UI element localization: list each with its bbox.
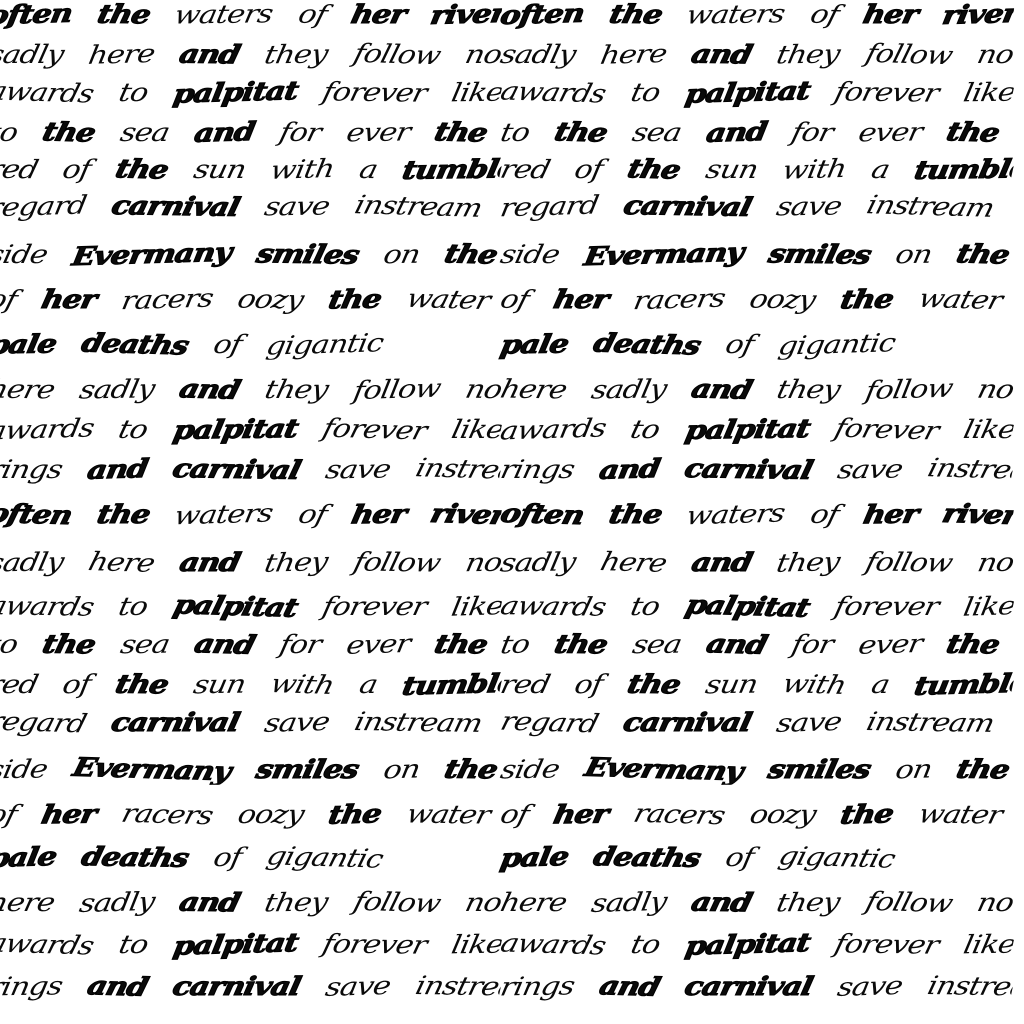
handwritten-word: forever [831, 930, 941, 960]
handwritten-word: they [774, 888, 842, 918]
handwritten-word: rings [0, 972, 65, 1002]
handwritten-word: and [597, 455, 662, 485]
handwritten-line: heresadlyandtheyfollownotheresadlyandthe… [0, 375, 1024, 418]
handwritten-word: here [0, 375, 57, 405]
handwritten-word: a [357, 670, 380, 700]
handwritten-word: of [573, 670, 605, 700]
handwritten-word: her [551, 285, 611, 315]
pattern-tile: oftenthewatersofherrivernowasoften [0, 500, 504, 530]
handwritten-word: smiles [253, 240, 361, 270]
pattern-tile: totheseaandforevertheboat [498, 630, 1016, 660]
handwritten-word: they [775, 548, 843, 578]
handwritten-word: ever [344, 630, 412, 660]
handwritten-word: instream [925, 972, 1016, 1002]
handwritten-word: save [262, 708, 331, 738]
handwritten-word: often [498, 500, 587, 530]
handwritten-word: sun [191, 155, 248, 185]
handwritten-word: the [39, 118, 98, 148]
handwritten-word: forever [319, 415, 429, 445]
handwritten-word: follow [862, 548, 955, 578]
handwritten-word: side [0, 755, 50, 785]
handwritten-word: sadly [0, 40, 66, 70]
handwritten-word: waters [172, 500, 275, 530]
pattern-tile: ringsandcarnivalsaveinstreambed [498, 972, 1016, 1002]
handwritten-word: awards [0, 592, 97, 622]
pattern-tile: sideEvermanysmilesontheother [0, 755, 504, 785]
handwritten-word: oozy [235, 285, 307, 315]
handwritten-word: pale [498, 843, 570, 873]
handwritten-word: with [780, 670, 850, 700]
handwritten-word: follow [862, 888, 955, 918]
handwritten-word: forever [831, 78, 941, 108]
handwritten-word: with [268, 670, 338, 700]
handwritten-word: here [0, 888, 57, 918]
handwritten-word: deaths [590, 330, 703, 360]
pattern-tile: sideEvermanysmilesontheother [498, 755, 1016, 785]
handwritten-line: awardstopalpitatforeverlikeawardstopalpi… [0, 592, 1024, 635]
handwritten-word: tumbler [400, 155, 504, 185]
pattern-tile: ringsandcarnivalsaveinstreambed [0, 972, 504, 1002]
handwritten-line: awardstopalpitatforeverlikeawardstopalpi… [0, 415, 1024, 458]
handwritten-word: to [628, 930, 662, 960]
handwritten-word: of [498, 800, 532, 830]
handwritten-word: and [176, 375, 242, 405]
handwritten-word: deaths [590, 843, 703, 873]
handwritten-word: forever [320, 592, 430, 622]
handwritten-word: the [113, 155, 172, 185]
handwritten-word: to [116, 415, 151, 445]
handwritten-word: river [940, 500, 1016, 530]
handwritten-word: and [703, 630, 769, 660]
handwritten-word: racers [119, 285, 215, 315]
handwritten-word: sadly [77, 888, 157, 918]
handwritten-line: oftenthewatersofherrivernowasoftenoftent… [0, 500, 1024, 543]
handwritten-word: of [498, 285, 532, 315]
handwritten-word: tumbler [912, 670, 1016, 700]
handwritten-word: racers [630, 800, 727, 830]
handwritten-word: they [262, 40, 330, 70]
handwritten-word: to [628, 592, 662, 622]
handwritten-word: and [689, 548, 755, 578]
handwritten-word: the [944, 118, 1003, 148]
handwritten-word: not [975, 548, 1016, 578]
pattern-tile: redofthesunwithatumbler [498, 670, 1016, 700]
handwritten-word: the [944, 630, 1003, 660]
handwritten-word: sadly [77, 375, 157, 405]
handwritten-word: and [689, 40, 755, 70]
handwritten-word: forever [319, 78, 429, 108]
pattern-tile: sideEvermanysmilesontheother [498, 240, 1016, 270]
pattern-tile: regardcarnivalsaveinstreambed [0, 192, 504, 222]
handwritten-word: her [349, 500, 409, 530]
pattern-tile: awardstopalpitatforeverlike [0, 592, 504, 622]
handwritten-word: the [40, 630, 99, 660]
handwritten-word: to [628, 78, 662, 108]
handwritten-word: palpitat [170, 930, 299, 960]
handwritten-word: the [606, 500, 664, 530]
handwritten-word: and [177, 40, 243, 70]
handwritten-word: the [838, 285, 896, 315]
handwritten-word: pale [0, 330, 59, 360]
handwritten-word: instream [925, 455, 1016, 485]
handwritten-word: rings [0, 455, 65, 485]
handwritten-line: redofthesunwithatumblerredofthesunwithat… [0, 670, 1024, 713]
handwritten-word: a [356, 155, 380, 185]
handwritten-word: and [689, 888, 755, 918]
handwritten-word: the [432, 118, 491, 148]
pattern-tile: ringsandcarnivalsaveinstreambed [0, 455, 504, 485]
handwritten-word: and [688, 375, 754, 405]
handwritten-word: carnival [620, 192, 754, 222]
handwritten-word: a [868, 155, 892, 185]
pattern-tile: totheseaandforevertheboat [0, 630, 504, 660]
handwritten-word: her [551, 800, 611, 830]
handwritten-word: palpitat [682, 592, 812, 622]
handwritten-word: awards [498, 415, 608, 445]
handwritten-word: like [449, 592, 504, 622]
handwritten-word: they [262, 375, 330, 405]
handwritten-word: here [85, 548, 157, 578]
handwritten-word: and [177, 548, 243, 578]
handwritten-word: with [268, 155, 336, 185]
pattern-tile: redofthesunwithatumbler [0, 155, 504, 185]
handwritten-word: here [86, 40, 157, 70]
handwritten-word: the [94, 500, 152, 530]
handwritten-word: palpitat [170, 415, 299, 445]
handwritten-line: ringsandcarnivalsaveinstreambedringsandc… [0, 455, 1024, 498]
handwritten-word: sea [118, 630, 172, 660]
pattern-tile: heresadlyandtheyfollownot [0, 375, 504, 405]
handwritten-word: river [429, 0, 504, 30]
handwritten-word: save [323, 972, 392, 1002]
handwritten-word: her [39, 800, 99, 830]
handwritten-word: like [449, 930, 504, 960]
handwritten-word: of [807, 500, 841, 530]
handwritten-word: oozy [747, 285, 819, 315]
handwritten-word: Evermany [582, 755, 746, 785]
handwritten-word: of [723, 330, 756, 360]
handwritten-word: awards [498, 78, 609, 108]
pattern-tile: sadlyhereandtheyfollownot [0, 40, 504, 70]
handwritten-word: sun [191, 670, 248, 700]
handwritten-word: to [628, 415, 663, 445]
handwritten-word: here [597, 548, 669, 578]
handwritten-word: save [774, 192, 844, 222]
handwritten-word: the [442, 240, 501, 270]
handwritten-word: tumbler [912, 155, 1016, 185]
handwritten-word: oozy [747, 800, 818, 830]
handwritten-line: heresadlyandtheyfollownotheresadlyandthe… [0, 888, 1024, 931]
pattern-tile: awardstopalpitatforeverlike [0, 78, 504, 108]
handwritten-word: follow [863, 375, 955, 405]
handwritten-word: of [295, 0, 330, 30]
handwritten-word: not [974, 888, 1016, 918]
handwritten-word: sun [703, 670, 760, 700]
handwritten-word: water [915, 285, 1005, 315]
handwritten-word: follow [350, 40, 443, 70]
handwritten-line: sadlyhereandtheyfollownotsadlyhereandthe… [0, 40, 1024, 83]
handwritten-word: to [498, 630, 531, 660]
handwritten-word: her [860, 0, 920, 30]
handwritten-word: for [789, 630, 836, 660]
handwritten-word: on [893, 240, 934, 270]
handwritten-word: palpitat [682, 930, 811, 960]
handwritten-word: the [442, 755, 501, 785]
handwritten-word: the [954, 755, 1013, 785]
pattern-tile: regardcarnivalsaveinstreambed [498, 192, 1016, 222]
handwritten-word: save [323, 455, 393, 485]
handwritten-word: to [0, 118, 20, 148]
handwritten-word: they [262, 888, 330, 918]
handwritten-word: of [723, 843, 756, 873]
handwritten-word: the [94, 0, 153, 30]
handwritten-word: like [961, 415, 1016, 445]
pattern-tile: sideEvermanysmilesontheother [0, 240, 504, 270]
handwritten-word: side [498, 240, 562, 270]
handwritten-word: sea [630, 118, 684, 148]
handwritten-word: smiles [253, 755, 361, 785]
handwritten-word: regard [0, 708, 89, 738]
handwritten-word: the [113, 670, 172, 700]
handwritten-word: save [835, 972, 904, 1002]
handwritten-word: her [348, 0, 408, 30]
pattern-tile: paledeathsofgigantic [498, 843, 1016, 873]
handwritten-word: with [780, 155, 848, 185]
handwritten-word: sadly [498, 40, 578, 70]
pattern-tile: totheseaandforevertheboat [498, 118, 1016, 148]
handwritten-word: follow [350, 888, 443, 918]
handwritten-word: awards [0, 930, 97, 960]
pattern-tile: awardstopalpitatforeverlike [0, 415, 504, 445]
handwritten-word: the [432, 630, 491, 660]
handwritten-word: pale [0, 843, 58, 873]
handwritten-word: sadly [498, 548, 578, 578]
handwritten-word: and [704, 118, 769, 148]
handwritten-word: palpitat [682, 78, 811, 108]
handwritten-word: side [498, 755, 562, 785]
handwritten-word: instream [413, 455, 504, 485]
handwritten-word: ever [344, 118, 413, 148]
handwritten-word: they [263, 548, 331, 578]
handwritten-line: regardcarnivalsaveinstreambedregardcarni… [0, 708, 1024, 751]
handwritten-word: rings [498, 972, 577, 1002]
pattern-tile: awardstopalpitatforeverlike [498, 415, 1016, 445]
handwritten-word: Evermany [70, 755, 234, 785]
handwritten-word: carnival [682, 972, 815, 1002]
handwritten-line: regardcarnivalsaveinstreambedregardcarni… [0, 192, 1024, 235]
handwritten-word: regard [498, 192, 600, 222]
handwritten-word: of [60, 155, 93, 185]
handwritten-line: paledeathsofgiganticpaledeathsofgigantic [0, 330, 1024, 373]
handwritten-word: here [598, 40, 669, 70]
handwritten-word: follow [351, 375, 443, 405]
handwritten-word: deaths [78, 330, 191, 360]
handwritten-word: of [572, 155, 605, 185]
handwritten-word: Evermany [582, 240, 746, 270]
handwritten-line: sideEvermanysmilesontheothersideEvermany… [0, 755, 1024, 798]
handwritten-word: save [835, 455, 905, 485]
handwritten-word: instream [863, 192, 996, 222]
pattern-tile: paledeathsofgigantic [0, 843, 504, 873]
handwritten-word: to [116, 930, 150, 960]
pattern-tile: paledeathsofgigantic [498, 330, 1016, 360]
pattern-tile: heresadlyandtheyfollownot [0, 888, 504, 918]
handwritten-word: the [606, 0, 665, 30]
pattern-tile: ofherracersoozythewaterrings, [0, 285, 504, 315]
handwritten-word: her [861, 500, 921, 530]
handwritten-word: and [85, 455, 150, 485]
handwritten-word: to [0, 630, 20, 660]
handwritten-word: follow [350, 548, 443, 578]
handwritten-word: not [974, 40, 1016, 70]
handwritten-word: carnival [108, 708, 241, 738]
handwritten-word: sea [630, 630, 684, 660]
handwritten-word: rings [498, 455, 577, 485]
handwritten-word: waters [172, 0, 275, 30]
handwritten-word: like [961, 78, 1016, 108]
handwritten-word: and [177, 888, 243, 918]
handwritten-word: sadly [589, 375, 669, 405]
handwritten-line: totheseaandforevertheboattotheseaandfore… [0, 630, 1024, 673]
handwritten-word: often [0, 0, 74, 30]
pattern-tile: awardstopalpitatforeverlike [0, 930, 504, 960]
pattern-tile: ofherracersoozythewaterrings, [0, 800, 504, 830]
handwritten-word: tumbler [400, 670, 504, 700]
handwritten-word: of [211, 843, 244, 873]
handwritten-word: and [84, 972, 150, 1002]
pattern-tile: oftenthewatersofherrivernowasoften [498, 500, 1016, 530]
handwritten-word: palpitat [682, 415, 811, 445]
handwritten-word: awards [0, 78, 97, 108]
handwritten-word: the [326, 285, 384, 315]
pattern-tile: regardcarnivalsaveinstreambed [0, 708, 504, 738]
handwritten-word: to [116, 592, 150, 622]
handwritten-word: for [277, 118, 324, 148]
handwritten-word: red [498, 670, 553, 700]
handwritten-word: here [498, 375, 570, 405]
handwritten-word: of [61, 670, 93, 700]
pattern-tile: sadlyhereandtheyfollownot [498, 40, 1016, 70]
handwritten-line: awardstopalpitatforeverlikeawardstopalpi… [0, 78, 1024, 121]
handwritten-word: carnival [108, 192, 242, 222]
handwritten-word: carnival [682, 455, 816, 485]
handwritten-word: often [498, 0, 586, 30]
handwritten-word: carnival [620, 708, 753, 738]
handwritten-line: ringsandcarnivalsaveinstreambedringsandc… [0, 972, 1024, 1015]
handwritten-word: the [625, 670, 684, 700]
handwritten-word: to [498, 118, 532, 148]
handwritten-word: they [774, 375, 842, 405]
handwritten-word: of [0, 800, 19, 830]
handwritten-word: gigantic [264, 843, 386, 873]
handwritten-word: and [191, 630, 257, 660]
handwritten-word: regard [498, 708, 601, 738]
handwritten-word: palpitat [170, 592, 300, 622]
handwritten-word: water [916, 800, 1005, 830]
handwritten-word: sun [703, 155, 760, 185]
handwritten-word: like [449, 78, 504, 108]
handwriting-pattern: oftenthewatersofherrivernowasoftenoftent… [0, 0, 1024, 1024]
handwritten-word: of [0, 285, 20, 315]
handwritten-word: instream [351, 708, 484, 738]
handwritten-word: deaths [78, 843, 191, 873]
handwritten-word: instream [413, 972, 504, 1002]
handwritten-word: smiles [765, 240, 873, 270]
pattern-tile: heresadlyandtheyfollownot [498, 375, 1016, 405]
pattern-tile: ofherracersoozythewaterrings, [498, 285, 1016, 315]
handwritten-word: and [596, 972, 662, 1002]
handwritten-word: instream [351, 192, 484, 222]
handwritten-word: ever [856, 118, 925, 148]
handwritten-word: on [381, 240, 422, 270]
handwritten-word: side [0, 240, 50, 270]
pattern-tile: awardstopalpitatforeverlike [498, 592, 1016, 622]
handwritten-word: forever [319, 930, 429, 960]
handwritten-word: gigantic [776, 330, 897, 360]
pattern-tile: sadlyhereandtheyfollownot [0, 548, 504, 578]
handwritten-word: the [552, 630, 611, 660]
handwritten-word: save [774, 708, 843, 738]
handwritten-word: often [0, 500, 75, 530]
handwritten-word: awards [498, 592, 609, 622]
handwritten-word: awards [498, 930, 609, 960]
handwritten-word: the [551, 118, 610, 148]
handwritten-word: smiles [765, 755, 873, 785]
handwritten-word: the [625, 155, 684, 185]
handwritten-word: and [192, 118, 257, 148]
handwritten-word: save [262, 192, 332, 222]
handwritten-word: river [428, 500, 504, 530]
handwritten-word: red [0, 670, 40, 700]
handwritten-word: awards [0, 415, 96, 445]
handwritten-word: like [449, 415, 504, 445]
pattern-tile: heresadlyandtheyfollownot [498, 888, 1016, 918]
handwritten-word: on [381, 755, 422, 785]
pattern-tile: ofherracersoozythewaterrings, [498, 800, 1016, 830]
handwritten-line: ofherracersoozythewaterrings,ofherracers… [0, 800, 1024, 843]
handwritten-word: palpitat [170, 78, 299, 108]
handwritten-word: the [838, 800, 895, 830]
handwritten-word: like [961, 592, 1016, 622]
handwritten-word: of [295, 500, 329, 530]
handwritten-word: racers [118, 800, 215, 830]
pattern-tile: totheseaandforevertheboat [0, 118, 504, 148]
handwritten-line: sadlyhereandtheyfollownotsadlyhereandthe… [0, 548, 1024, 591]
handwritten-word: forever [832, 592, 942, 622]
handwritten-word: here [498, 888, 569, 918]
pattern-tile: paledeathsofgigantic [0, 330, 504, 360]
handwritten-word: sadly [589, 888, 669, 918]
pattern-tile: regardcarnivalsaveinstreambed [498, 708, 1016, 738]
handwritten-word: forever [831, 415, 941, 445]
handwritten-line: sideEvermanysmilesontheothersideEvermany… [0, 240, 1024, 283]
handwritten-word: gigantic [264, 330, 385, 360]
handwritten-word: gigantic [776, 843, 898, 873]
handwritten-word: pale [498, 330, 571, 360]
pattern-tile: oftenthewatersofherrivernowasoften [0, 0, 504, 30]
pattern-tile: ringsandcarnivalsaveinstreambed [498, 455, 1016, 485]
pattern-tile: oftenthewatersofherrivernowasoften [498, 0, 1016, 30]
handwritten-line: awardstopalpitatforeverlikeawardstopalpi… [0, 930, 1024, 973]
handwritten-word: regard [0, 192, 88, 222]
handwritten-word: of [807, 0, 842, 30]
pattern-tile: redofthesunwithatumbler [498, 155, 1016, 185]
pattern-tile: awardstopalpitatforeverlike [498, 78, 1016, 108]
handwritten-word: a [869, 670, 892, 700]
handwritten-word: waters [684, 0, 787, 30]
handwritten-word: of [211, 330, 244, 360]
handwritten-word: Evermany [70, 240, 234, 270]
